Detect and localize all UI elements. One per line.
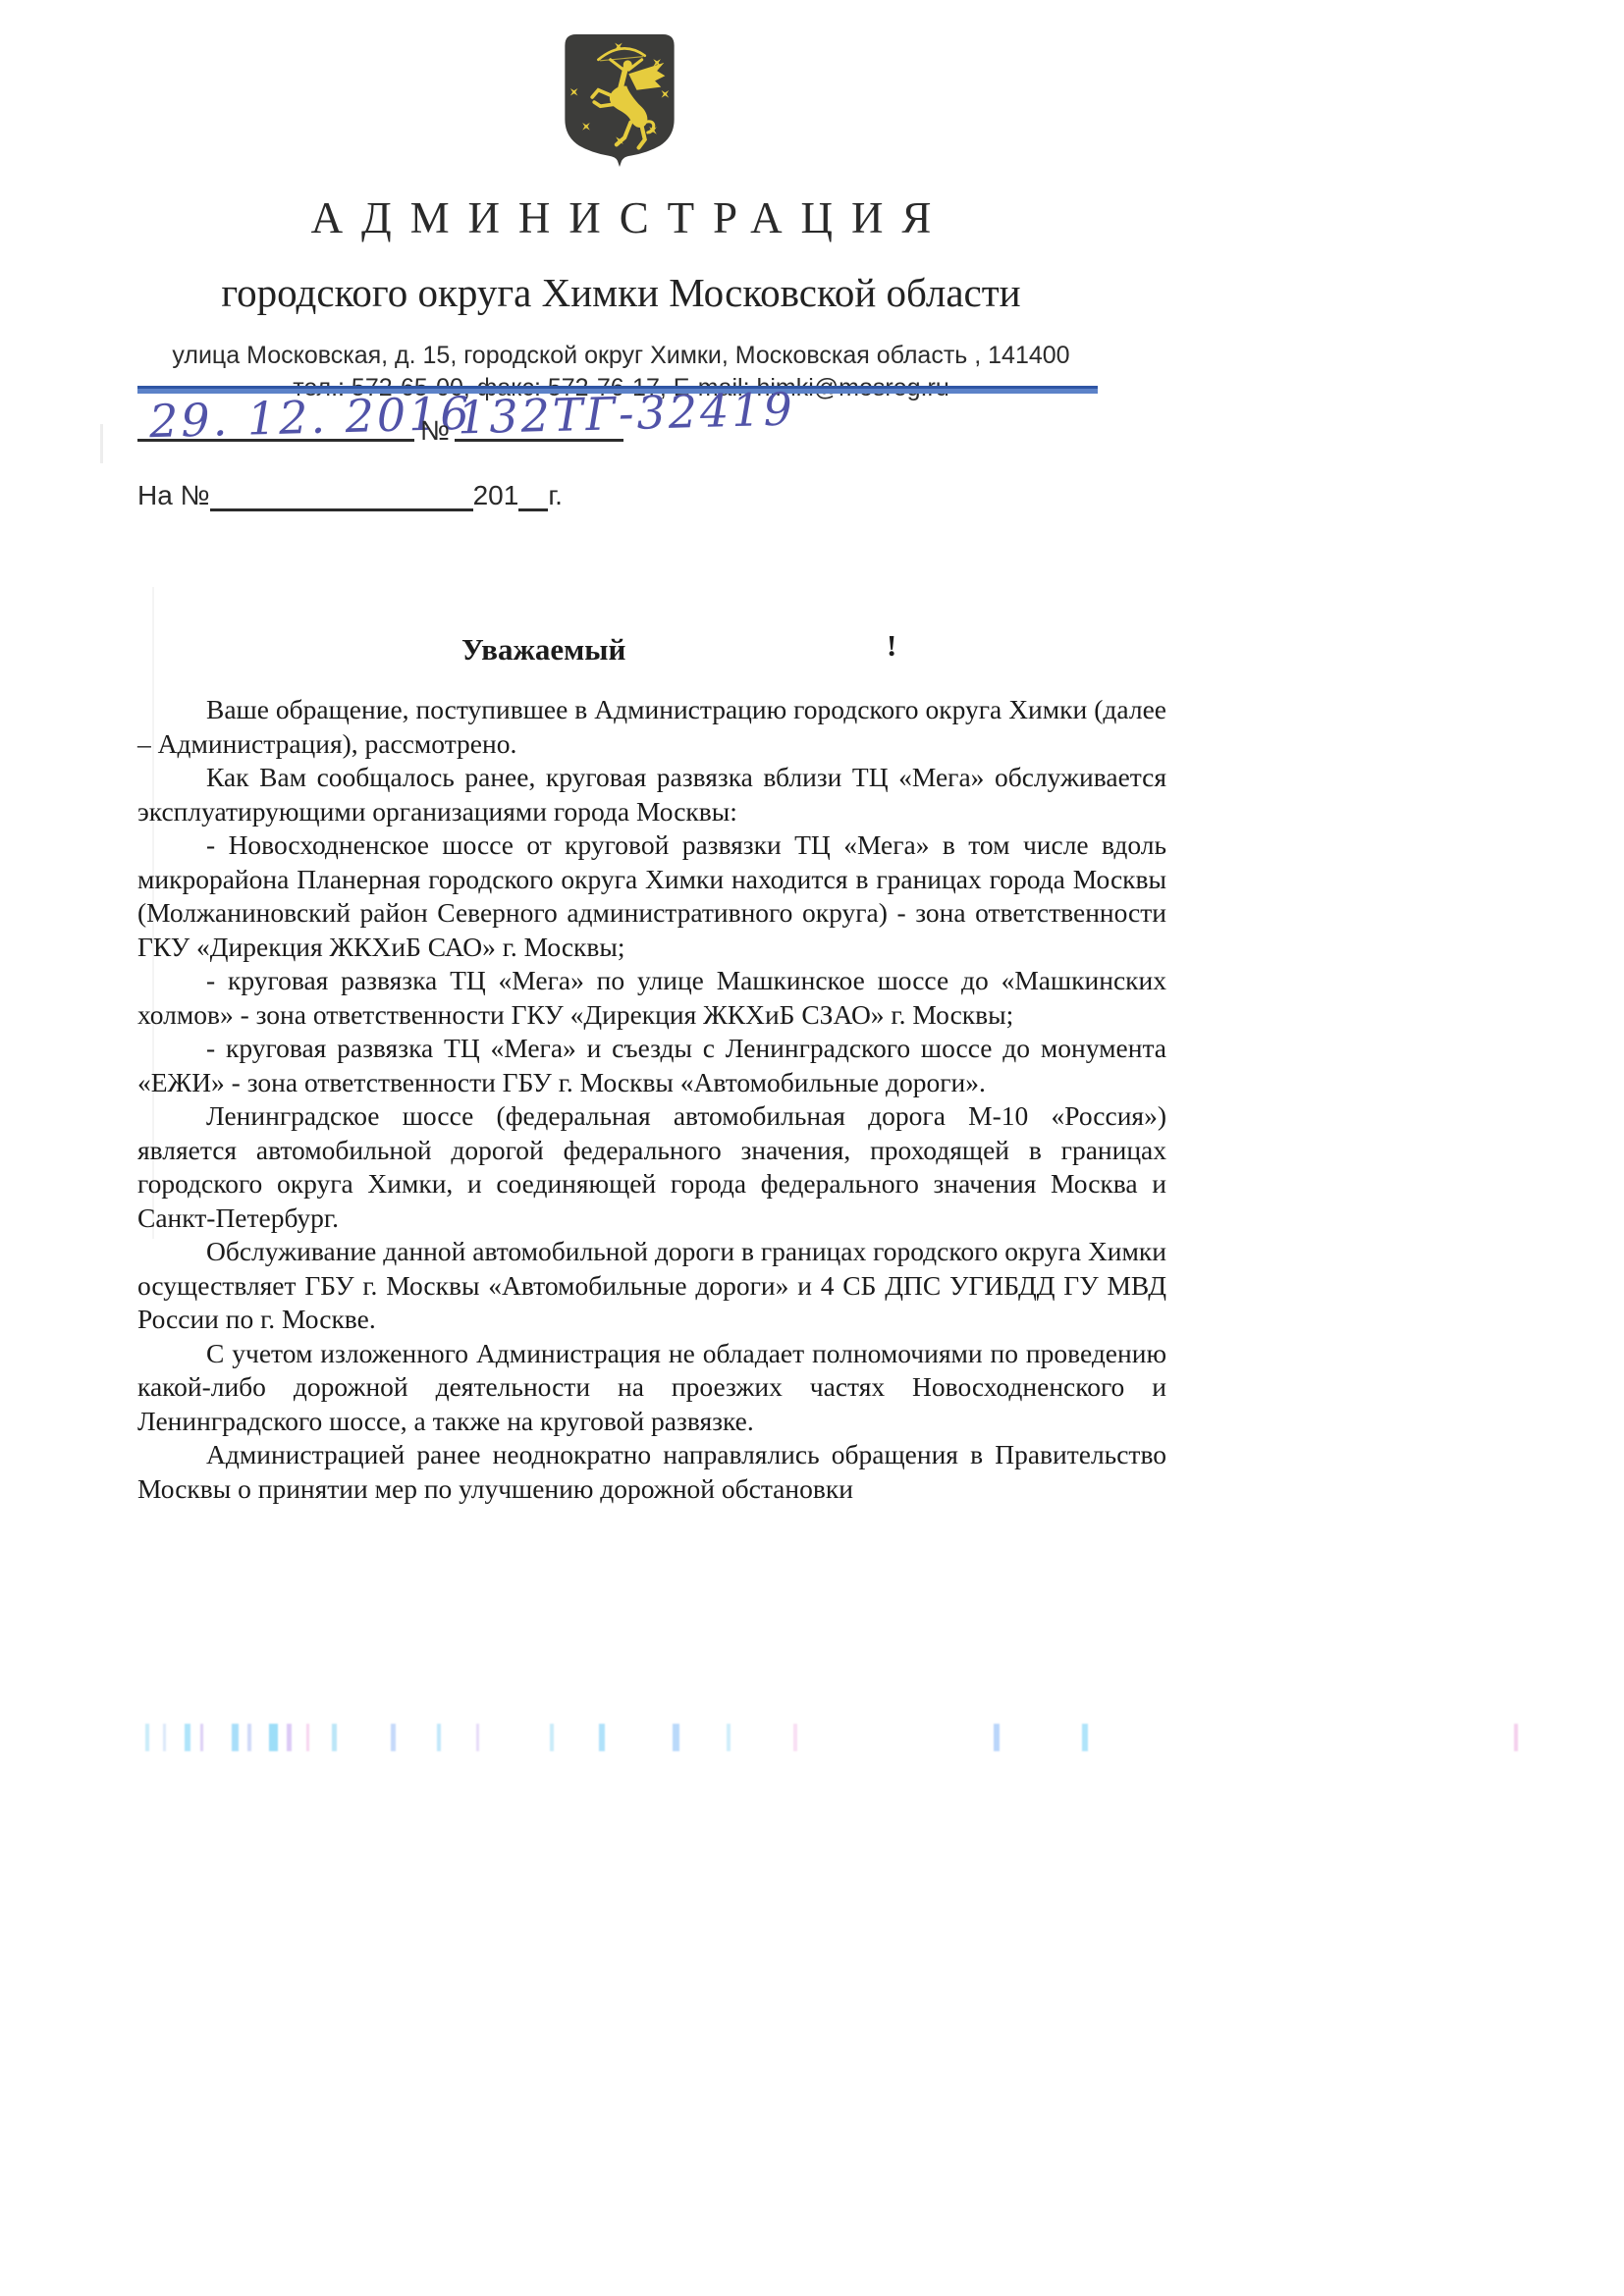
reply-year: 201 bbox=[473, 480, 519, 511]
reply-prefix: На № bbox=[137, 480, 210, 511]
salutation-greeting: Уважаемый bbox=[461, 632, 625, 667]
reply-year-suffix: г. bbox=[548, 480, 563, 511]
letterhead: АДМИНИСТРАЦИЯ городского округа Химки Мо… bbox=[137, 192, 1105, 402]
org-name: АДМИНИСТРАЦИЯ bbox=[137, 192, 1105, 243]
khimki-coat-of-arms-icon bbox=[562, 33, 677, 167]
paragraph: Обслуживание данной автомобильной дороги… bbox=[137, 1235, 1166, 1337]
paragraph: С учетом изложенного Администрация не об… bbox=[137, 1337, 1166, 1439]
scanned-letter-page: АДМИНИСТРАЦИЯ городского округа Химки Мо… bbox=[0, 0, 1624, 2296]
number-underline bbox=[455, 439, 623, 442]
salutation-exclamation: ! bbox=[887, 628, 896, 664]
reply-number-blank bbox=[210, 479, 473, 511]
scanner-color-artifact-band bbox=[137, 1716, 1542, 1759]
scan-speck bbox=[100, 424, 103, 463]
paragraph: Ваше обращение, поступившее в Администра… bbox=[137, 693, 1166, 761]
paragraph: - Новосходненское шоссе от круговой разв… bbox=[137, 828, 1166, 964]
letter-body: Ваше обращение, поступившее в Администра… bbox=[137, 693, 1166, 1506]
reply-year-blank bbox=[518, 479, 548, 511]
number-sign: № bbox=[420, 415, 450, 447]
scan-fold-line bbox=[152, 587, 154, 1239]
outgoing-number-handwritten: 132ТГ-32419 bbox=[457, 383, 795, 445]
paragraph: - круговая развязка ТЦ «Мега» по улице М… bbox=[137, 964, 1166, 1032]
paragraph: Администрацией ранее неоднократно направ… bbox=[137, 1438, 1166, 1506]
org-subtitle: городского округа Химки Московской облас… bbox=[137, 269, 1105, 316]
paragraph: - круговая развязка ТЦ «Мега» и съезды с… bbox=[137, 1032, 1166, 1099]
reply-reference-row: На № 201 г. bbox=[137, 479, 563, 511]
paragraph: Как Вам сообщалось ранее, круговая развя… bbox=[137, 761, 1166, 828]
date-underline bbox=[137, 439, 414, 442]
paragraph: Ленинградское шоссе (федеральная автомоб… bbox=[137, 1099, 1166, 1235]
org-address: улица Московская, д. 15, городской округ… bbox=[137, 342, 1105, 370]
